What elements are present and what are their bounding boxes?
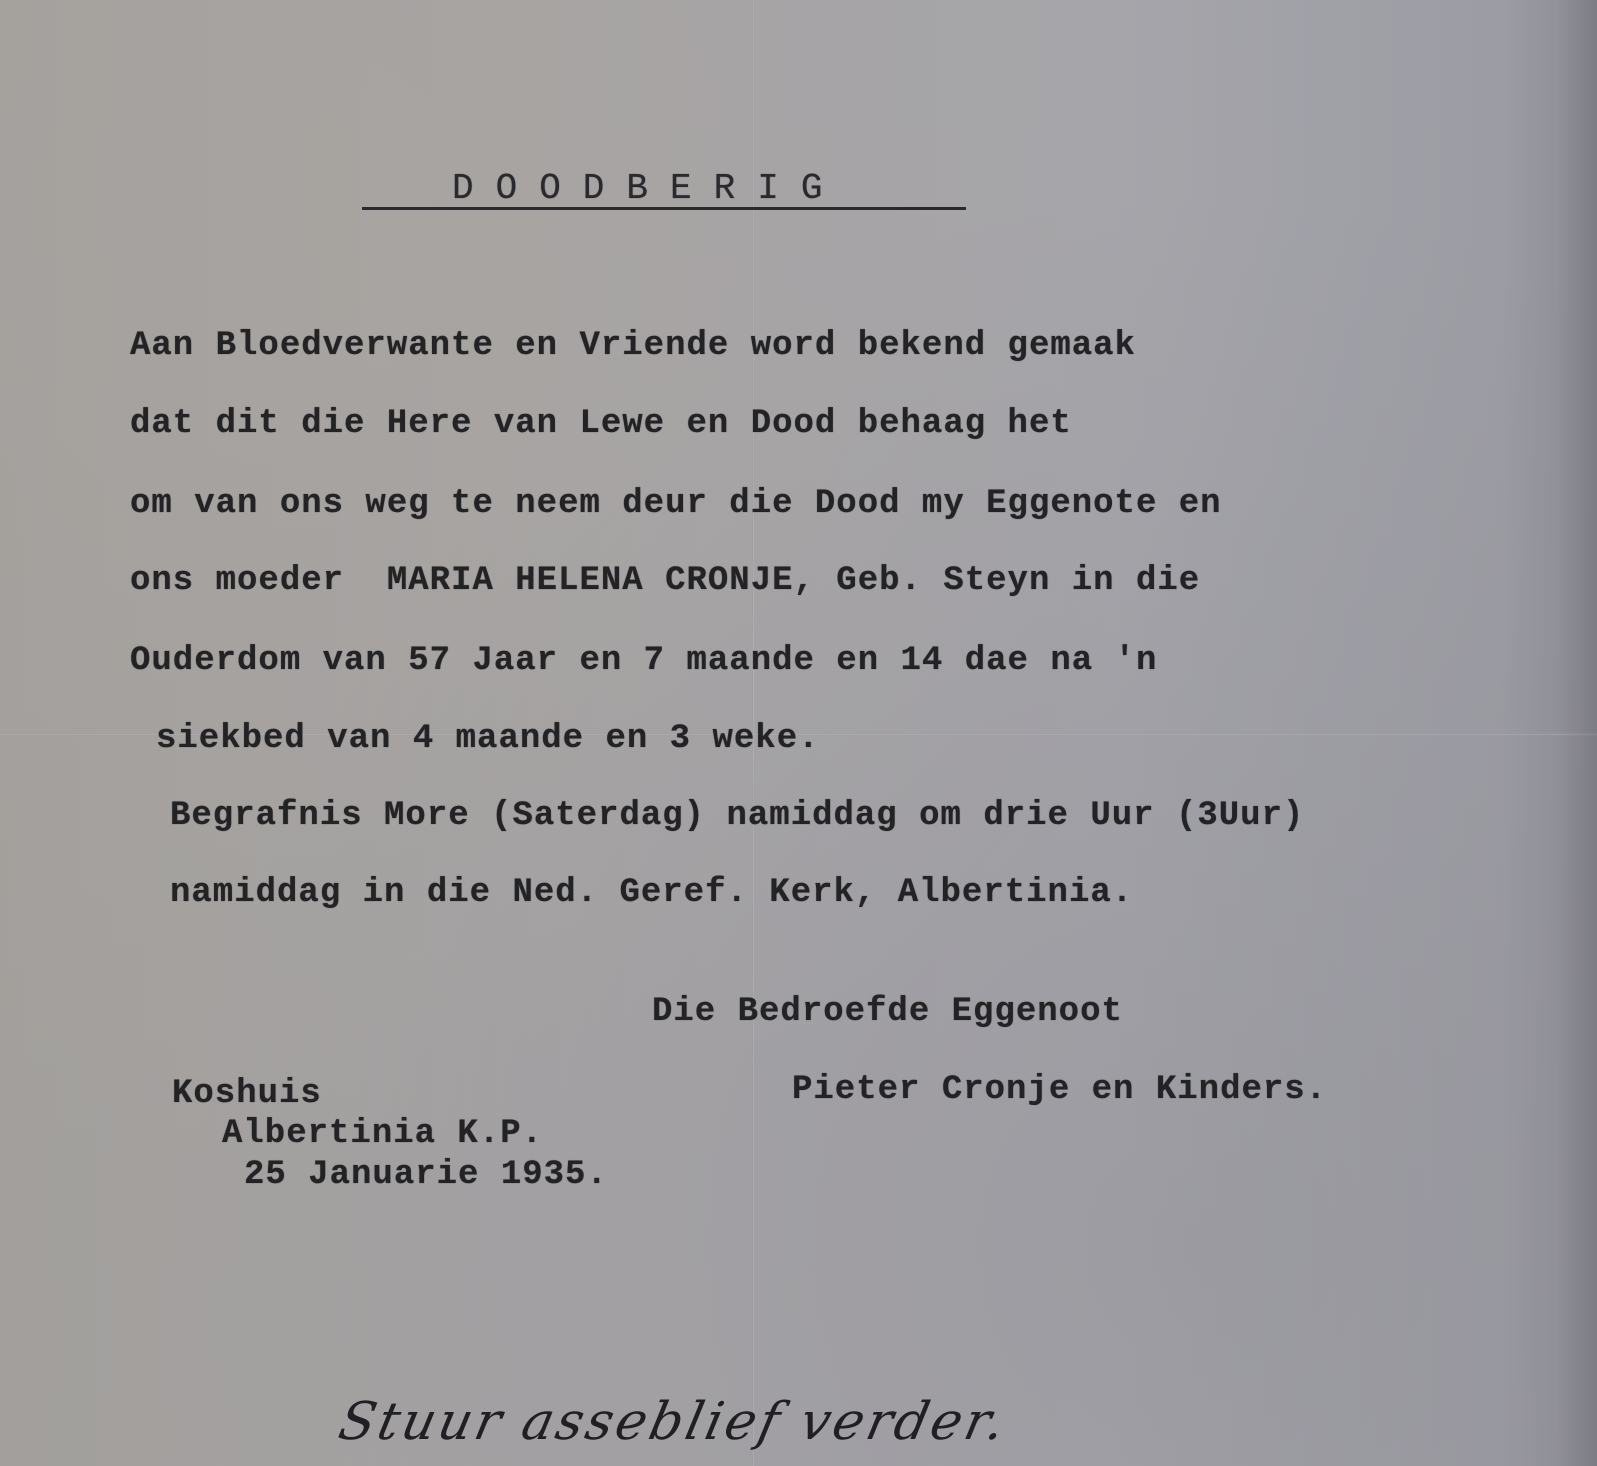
handwritten-note: Stuur asseblief verder. bbox=[334, 1392, 1014, 1452]
body-line: ons moeder MARIA HELENA CRONJE, Geb. Ste… bbox=[130, 562, 1200, 600]
body-line: Aan Bloedverwante en Vriende word bekend… bbox=[130, 327, 1136, 365]
title-underline bbox=[362, 207, 966, 210]
funeral-line: Begrafnis More (Saterdag) namiddag om dr… bbox=[170, 797, 1304, 835]
document-title: DOODBERIG bbox=[452, 168, 844, 209]
body-line: dat dit die Here van Lewe en Dood behaag… bbox=[130, 405, 1072, 443]
signature-line-2: Pieter Cronje en Kinders. bbox=[792, 1071, 1327, 1109]
place-line-2: Albertinia K.P. bbox=[222, 1115, 543, 1153]
body-line: om van ons weg te neem deur die Dood my … bbox=[130, 485, 1222, 523]
signature-line-1: Die Bedroefde Eggenoot bbox=[652, 993, 1123, 1031]
date-line: 25 Januarie 1935. bbox=[244, 1156, 608, 1194]
paper-edge-shadow bbox=[1557, 0, 1597, 1466]
place-line-1: Koshuis bbox=[172, 1075, 322, 1113]
funeral-line: namiddag in die Ned. Geref. Kerk, Albert… bbox=[170, 874, 1133, 912]
body-line: siekbed van 4 maande en 3 weke. bbox=[156, 720, 820, 758]
body-line: Ouderdom van 57 Jaar en 7 maande en 14 d… bbox=[130, 642, 1157, 680]
